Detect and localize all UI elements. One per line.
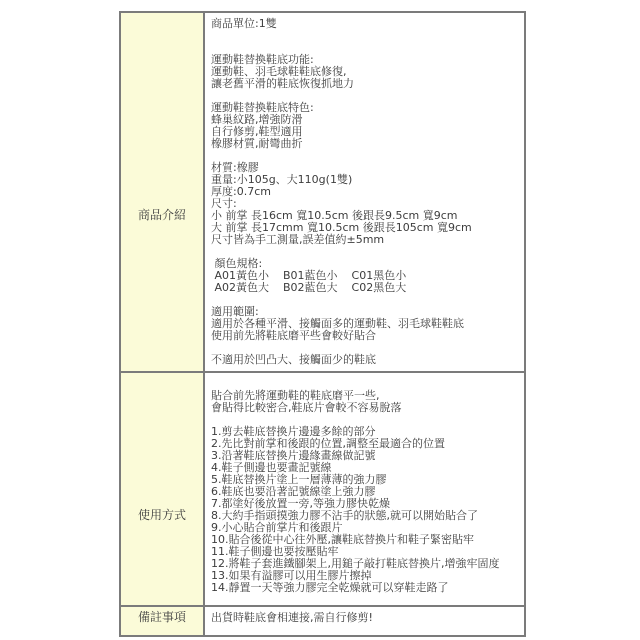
row-content-remarks: 出貨時鞋底會相連接,需自行修剪! xyxy=(204,606,525,636)
product-description-section: 商品介紹 商品單位:1雙 運動鞋替換鞋底功能: 運動鞋、羽毛球鞋鞋底修復, 讓老… xyxy=(119,11,526,637)
row-label-product-intro: 商品介紹 xyxy=(120,12,204,372)
product-info-table: 商品介紹 商品單位:1雙 運動鞋替換鞋底功能: 運動鞋、羽毛球鞋鞋底修復, 讓老… xyxy=(119,11,526,637)
row-label-usage-instructions: 使用方式 xyxy=(120,372,204,606)
row-content-usage-instructions: 貼合前先將運動鞋的鞋底磨平一些, 會貼得比較密合,鞋底片會較不容易脫落 1.剪去… xyxy=(204,372,525,606)
row-content-product-intro: 商品單位:1雙 運動鞋替換鞋底功能: 運動鞋、羽毛球鞋鞋底修復, 讓老舊平滑的鞋… xyxy=(204,12,525,372)
row-label-remarks: 備註事項 xyxy=(120,606,204,636)
table-row-remarks: 備註事項 出貨時鞋底會相連接,需自行修剪! xyxy=(120,606,525,636)
table-row-product-intro: 商品介紹 商品單位:1雙 運動鞋替換鞋底功能: 運動鞋、羽毛球鞋鞋底修復, 讓老… xyxy=(120,12,525,372)
table-row-usage-instructions: 使用方式 貼合前先將運動鞋的鞋底磨平一些, 會貼得比較密合,鞋底片會較不容易脫落… xyxy=(120,372,525,606)
